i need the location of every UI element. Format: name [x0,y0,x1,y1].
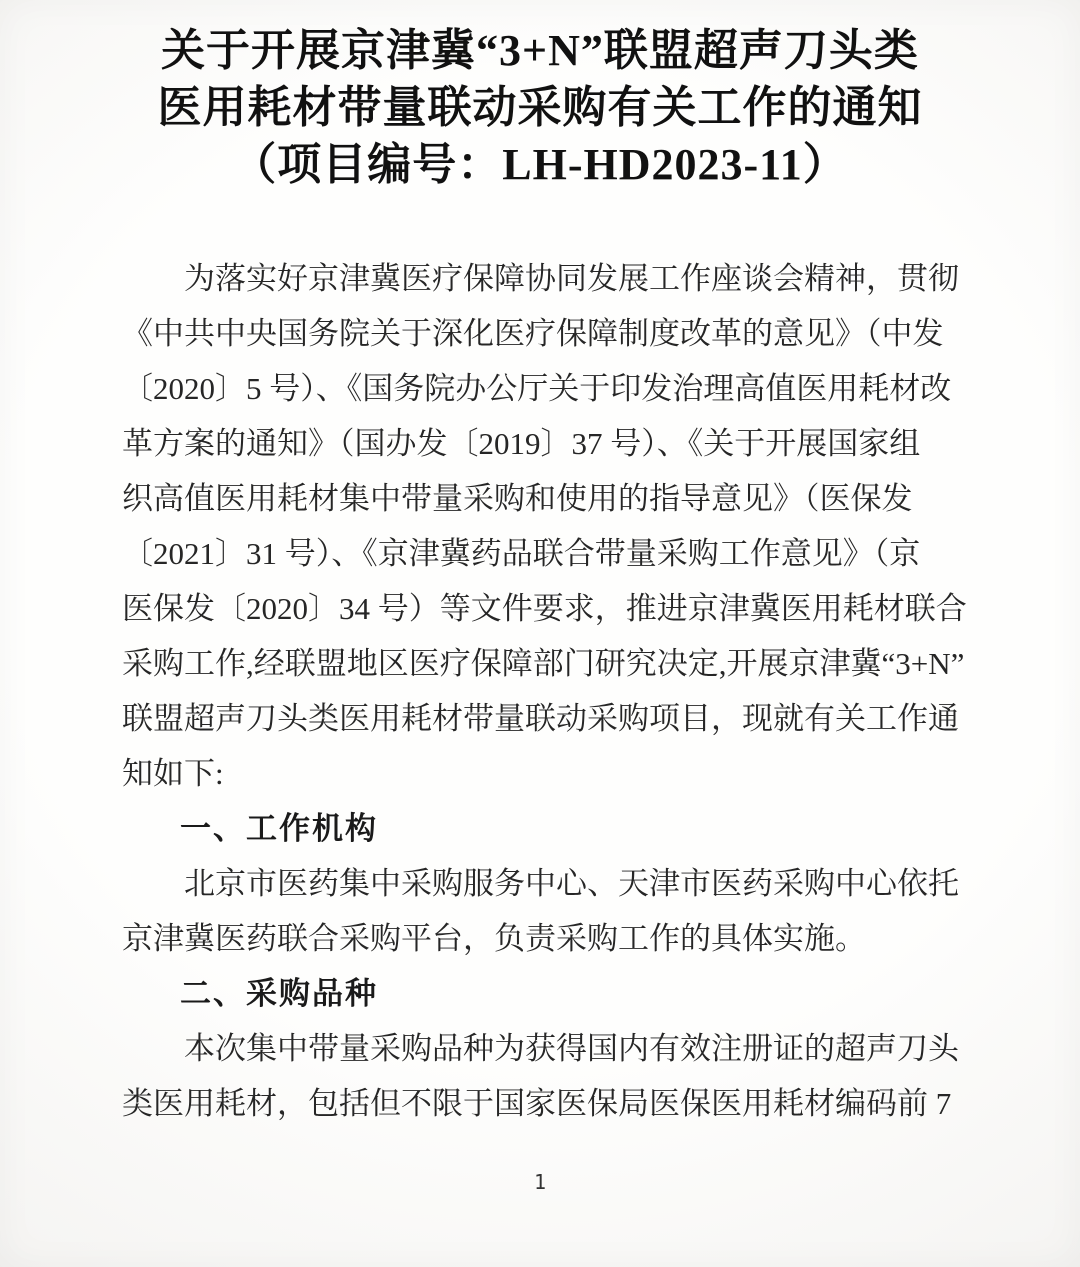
section-1-line: 京津冀医药联合采购平台，负责采购工作的具体实施。 [122,911,962,966]
intro-line: 〔2021〕31 号）、《京津冀药品联合带量采购工作意见》（京 [122,526,962,581]
intro-line: 为落实好京津冀医疗保障协同发展工作座谈会精神，贯彻 [122,251,962,306]
intro-line: 采购工作,经联盟地区医疗保障部门研究决定,开展京津冀“3+N” [122,636,962,691]
intro-line: 织高值医用耗材集中带量采购和使用的指导意见》（医保发 [122,471,962,526]
intro-line: 革方案的通知》（国办发〔2019〕37 号）、《关于开展国家组 [122,416,962,471]
title-line-1: 关于开展京津冀“3+N”联盟超声刀头类 [55,22,1025,79]
page-number: 1 [0,1170,1080,1194]
intro-line: 〔2020〕5 号）、《国务院办公厅关于印发治理高值医用耗材改 [122,361,962,416]
section-2-line: 本次集中带量采购品种为获得国内有效注册证的超声刀头 [122,1021,962,1076]
section-2-heading: 二、采购品种 [122,966,962,1021]
intro-line: 知如下: [122,746,962,801]
section-2-line: 类医用耗材，包括但不限于国家医保局医保医用耗材编码前 7 [122,1076,962,1131]
intro-line: 医保发〔2020〕34 号）等文件要求，推进京津冀医用耗材联合 [122,581,962,636]
document-body: 为落实好京津冀医疗保障协同发展工作座谈会精神，贯彻 《中共中央国务院关于深化医疗… [122,251,962,1131]
title-line-2: 医用耗材带量联动采购有关工作的通知 [55,79,1025,136]
intro-line: 《中共中央国务院关于深化医疗保障制度改革的意见》（中发 [122,306,962,361]
document-title: 关于开展京津冀“3+N”联盟超声刀头类 医用耗材带量联动采购有关工作的通知 （项… [55,22,1025,193]
document-page: 关于开展京津冀“3+N”联盟超声刀头类 医用耗材带量联动采购有关工作的通知 （项… [0,0,1080,1267]
title-line-3-project-number: （项目编号：LH-HD2023-11） [55,136,1025,193]
section-1-heading: 一、工作机构 [122,801,962,856]
section-1-line: 北京市医药集中采购服务中心、天津市医药采购中心依托 [122,856,962,911]
intro-line: 联盟超声刀头类医用耗材带量联动采购项目，现就有关工作通 [122,691,962,746]
